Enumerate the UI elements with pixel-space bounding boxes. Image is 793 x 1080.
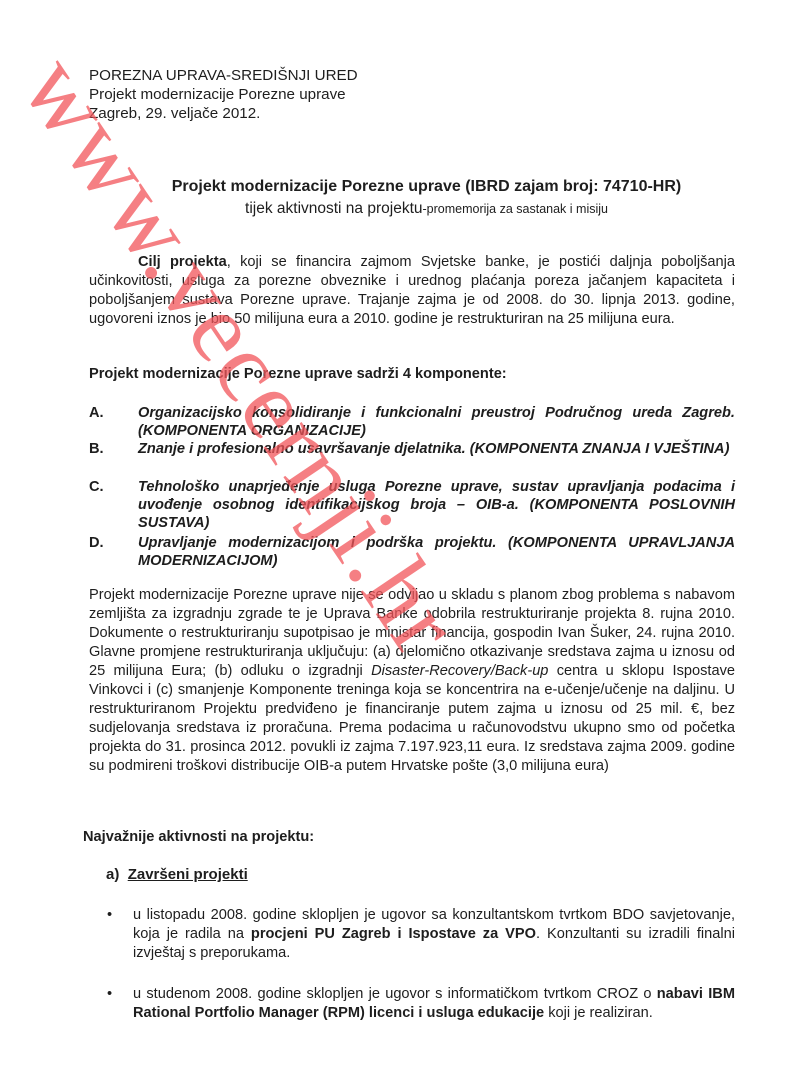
document-subtitle: tijek aktivnosti na projektu-promemorija… (0, 200, 793, 218)
header-project: Projekt modernizacije Porezne uprave (89, 85, 358, 104)
restructuring-italic: Disaster-Recovery/Back-up (371, 663, 548, 679)
document-page: POREZNA UPRAVA-SREDIŠNJI URED Projekt mo… (0, 0, 793, 1080)
components-heading: Projekt modernizacije Porezne uprave sad… (89, 366, 507, 382)
list-item-text: u listopadu 2008. godine sklopljen je ug… (133, 906, 735, 963)
component-text: Tehnološko unaprjeđenje usluga Porezne u… (138, 478, 735, 532)
component-text: Organizacijsko konsolidiranje i funkcion… (138, 404, 735, 440)
component-text: Upravljanje modernizacijom i podrška pro… (138, 534, 735, 570)
intro-paragraph: Cilj projekta, koji se financira zajmom … (89, 253, 735, 329)
component-letter: D. (89, 534, 104, 552)
component-item: B. Znanje i profesionalno usavršavanje d… (89, 440, 735, 458)
subtitle-note: -promemorija za sastanak i misiju (423, 202, 608, 216)
watermark: www.vecernji.hr (0, 35, 484, 676)
restructuring-paragraph: Projekt modernizacije Porezne uprave nij… (89, 586, 735, 776)
completed-projects-heading: a) Završeni projekti (106, 866, 248, 883)
header-date: Zagreb, 29. veljače 2012. (89, 104, 358, 123)
document-title: Projekt modernizacije Porezne uprave (IB… (0, 178, 793, 196)
section-label: a) (106, 866, 119, 883)
header-office: POREZNA UPRAVA-SREDIŠNJI URED (89, 66, 358, 85)
subtitle-main: tijek aktivnosti na projektu (245, 200, 422, 217)
bullet-text: koji je realiziran. (544, 1005, 653, 1021)
intro-lead: Cilj projekta (138, 254, 227, 270)
list-item: • u studenom 2008. godine sklopljen je u… (107, 985, 735, 1023)
component-item: C. Tehnološko unaprjeđenje usluga Porezn… (89, 478, 735, 532)
component-letter: A. (89, 404, 104, 422)
bullet-bold: procjeni PU Zagreb i Ispostave za VPO (251, 926, 536, 942)
list-item-text: u studenom 2008. godine sklopljen je ugo… (133, 985, 735, 1023)
bullet-text: u studenom 2008. godine sklopljen je ugo… (133, 986, 657, 1002)
section-title: Završeni projekti (128, 866, 248, 883)
bullet-icon: • (107, 906, 112, 925)
component-letter: B. (89, 440, 104, 458)
list-item: • u listopadu 2008. godine sklopljen je … (107, 906, 735, 963)
component-item: D. Upravljanje modernizacijom i podrška … (89, 534, 735, 570)
bullet-icon: • (107, 985, 112, 1004)
activities-heading: Najvažnije aktivnosti na projektu: (83, 829, 314, 845)
document-header: POREZNA UPRAVA-SREDIŠNJI URED Projekt mo… (89, 66, 358, 123)
restructuring-text-2: centra u sklopu Ispostave Vinkovci i (c)… (89, 663, 735, 774)
component-item: A. Organizacijsko konsolidiranje i funkc… (89, 404, 735, 440)
component-text: Znanje i profesionalno usavršavanje djel… (138, 440, 735, 458)
component-letter: C. (89, 478, 104, 496)
